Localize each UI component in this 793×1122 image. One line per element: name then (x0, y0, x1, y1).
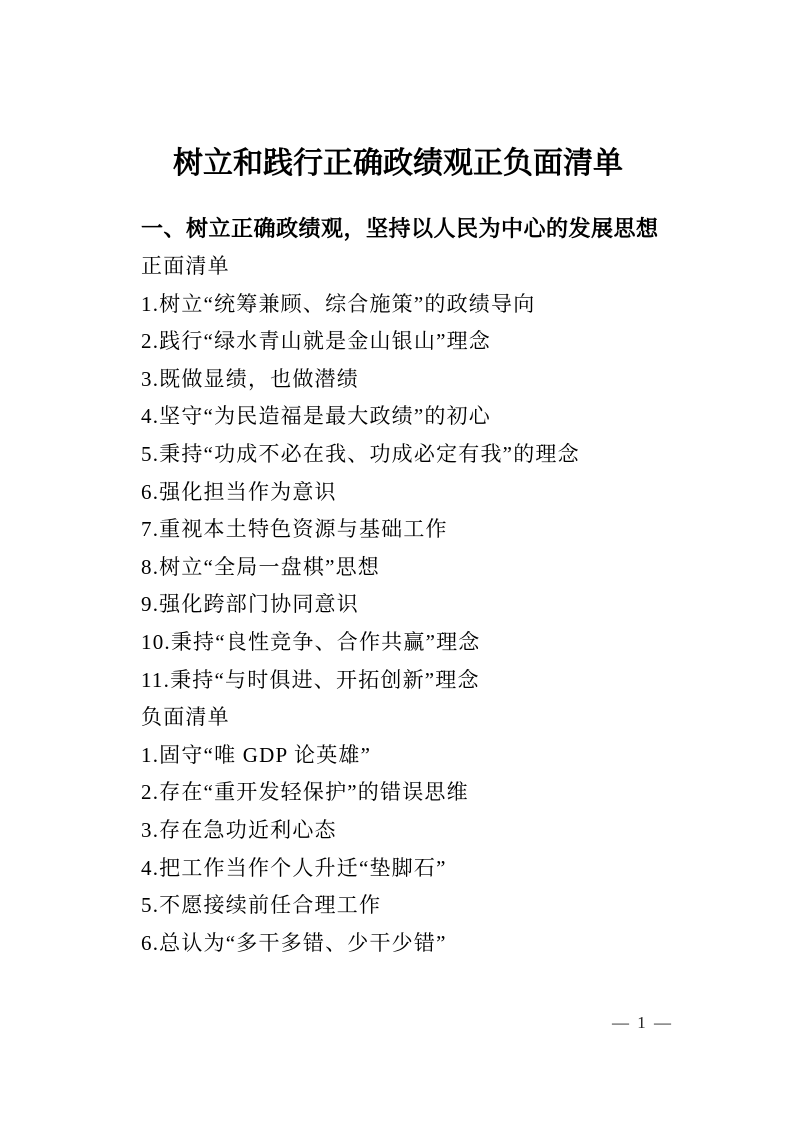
positive-list-item: 5.秉持“功成不必在我、功成必定有我”的理念 (141, 436, 655, 474)
negative-list-item: 2.存在“重开发轻保护”的错误思维 (141, 774, 655, 812)
negative-list-item: 6.总认为“多干多错、少干少错” (141, 925, 655, 963)
document-title: 树立和践行正确政绩观正负面清单 (141, 142, 655, 186)
document-page: 树立和践行正确政绩观正负面清单 一、树立正确政绩观，坚持以人民为中心的发展思想 … (0, 0, 793, 1122)
section-heading: 一、树立正确政绩观，坚持以人民为中心的发展思想 (141, 210, 655, 248)
page-number: — 1 — (612, 1013, 673, 1033)
document-body: 正面清单 1.树立“统筹兼顾、综合施策”的政绩导向 2.践行“绿水青山就是金山银… (141, 248, 655, 962)
positive-list-item: 6.强化担当作为意识 (141, 474, 655, 512)
negative-list-item: 3.存在急功近利心态 (141, 812, 655, 850)
positive-list-item: 7.重视本土特色资源与基础工作 (141, 511, 655, 549)
positive-list-item: 2.践行“绿水青山就是金山银山”理念 (141, 323, 655, 361)
negative-list-item: 1.固守“唯 GDP 论英雄” (141, 737, 655, 775)
positive-list-item: 10.秉持“良性竞争、合作共赢”理念 (141, 624, 655, 662)
positive-list-item: 9.强化跨部门协同意识 (141, 586, 655, 624)
negative-list-item: 5.不愿接续前任合理工作 (141, 887, 655, 925)
negative-list-label: 负面清单 (141, 699, 655, 737)
negative-list-item: 4.把工作当作个人升迁“垫脚石” (141, 850, 655, 888)
positive-list-item: 1.树立“统筹兼顾、综合施策”的政绩导向 (141, 286, 655, 324)
positive-list-item: 3.既做显绩，也做潜绩 (141, 361, 655, 399)
positive-list-item: 11.秉持“与时俱进、开拓创新”理念 (141, 662, 655, 700)
positive-list-item: 8.树立“全局一盘棋”思想 (141, 549, 655, 587)
positive-list-item: 4.坚守“为民造福是最大政绩”的初心 (141, 398, 655, 436)
document-content: 树立和践行正确政绩观正负面清单 一、树立正确政绩观，坚持以人民为中心的发展思想 … (141, 142, 655, 962)
positive-list-label: 正面清单 (141, 248, 655, 286)
